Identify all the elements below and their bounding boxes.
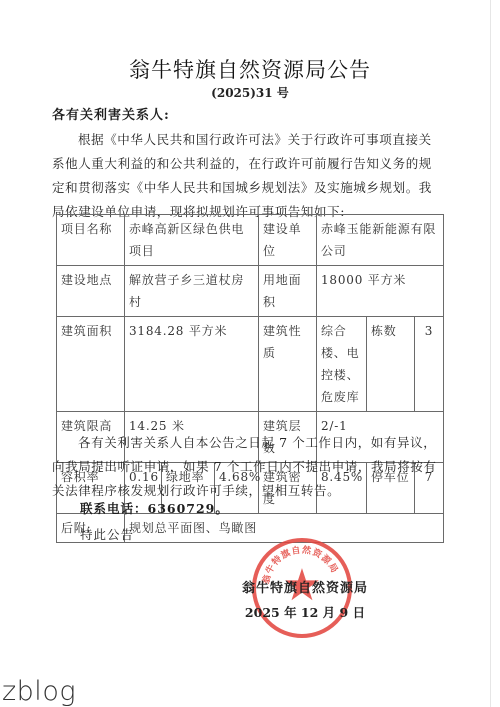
building-nature-label: 建筑性质: [259, 317, 317, 412]
location-label: 建设地点: [57, 266, 125, 317]
building-area-value: 3184.28 平方米: [125, 317, 259, 412]
project-name-label: 项目名称: [57, 215, 125, 266]
page-edge: [490, 0, 491, 707]
building-area-label: 建筑面积: [57, 317, 125, 412]
building-nature-value: 综合楼、电控楼、危废库: [317, 317, 367, 412]
signature-date: 2025 年 12 月 9 日: [240, 603, 370, 621]
document-number: (2025)31 号: [0, 84, 500, 101]
location-value: 解放营子乡三道杖房村: [125, 266, 259, 317]
signature-organization: 翁牛特旗自然资源局: [240, 577, 370, 596]
land-area-value: 18000 平方米: [317, 266, 444, 317]
land-area-label: 用地面积: [259, 266, 317, 317]
project-name-value: 赤峰高新区绿色供电项目: [125, 215, 259, 266]
attachment-value: 规划总平面图、鸟瞰图: [125, 514, 444, 543]
builder-value: 赤峰玉能新能源有限公司: [317, 215, 444, 266]
objection-paragraph: 各有关利害关系人自本公告之日起 7 个工作日内，如有异议，向我局提出听证申请，如…: [52, 431, 442, 503]
closing-remark: 特此公告: [80, 525, 134, 543]
builder-label: 建设单位: [259, 215, 317, 266]
building-count-value: 3: [415, 317, 444, 412]
salutation: 各有关利害关系人:: [52, 104, 170, 123]
contact-phone: 联系电话：6360729。: [80, 499, 229, 517]
document-title: 翁牛特旗自然资源局公告: [0, 54, 500, 84]
intro-paragraph: 根据《中华人民共和国行政许可法》关于行政许可事项直接关系他人重大利益的和公共利益…: [52, 128, 442, 224]
watermark: zblog: [2, 676, 76, 707]
building-count-label: 栋数: [367, 317, 415, 412]
